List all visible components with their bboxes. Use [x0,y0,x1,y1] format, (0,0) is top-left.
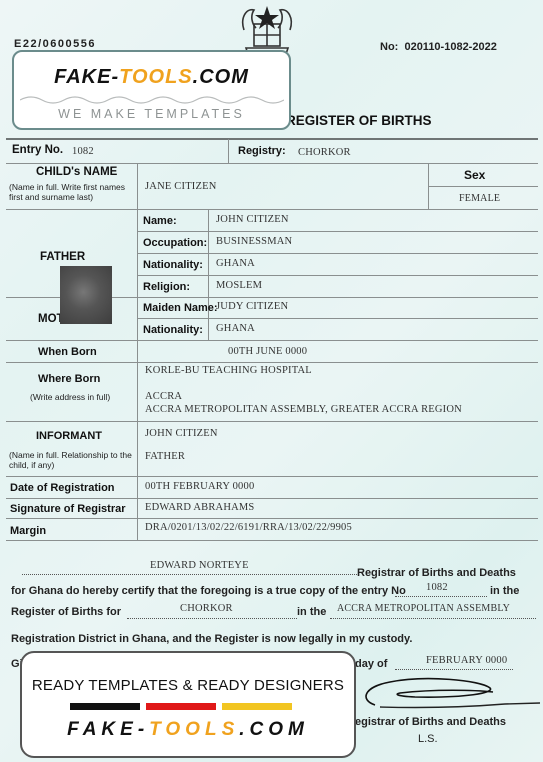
father-nationality-value: GHANA [216,258,255,269]
sex-label: Sex [464,168,485,182]
father-religion-label: Religion: [143,281,190,293]
cert-month-year: FEBRUARY 0000 [426,655,507,666]
father-label: FATHER [40,251,85,263]
cert-line4: Registration District in Ghana, and the … [11,633,412,645]
margin-value: DRA/0201/13/02/22/6191/RRA/13/02/22/9905 [145,522,352,533]
child-name-value: JANE CITIZEN [145,181,217,192]
cert-in-the-1: in the [490,585,519,597]
mother-maiden-value: JUDY CITIZEN [216,301,288,312]
father-occupation-value: BUSINESSMAN [216,236,292,247]
margin-label: Margin [10,525,46,537]
cert-entry-no: 1082 [426,582,448,593]
cert-line2: for Ghana do hereby certify that the for… [11,585,406,597]
child-name-label: CHILD's NAME [36,166,117,178]
wave-icon [20,94,284,106]
mother-nationality-label: Nationality: [143,324,203,336]
child-name-note: (Name in full. Write first names first a… [9,182,137,202]
informant-note: (Name in full. Relationship to the child… [9,450,137,470]
registry-label: Registry: [238,145,286,157]
date-registration-value: 00TH FEBRUARY 0000 [145,481,254,492]
entry-no-label: Entry No. [12,144,63,156]
cert-registry: CHORKOR [180,603,233,614]
watermark-top: FAKE-TOOLS.COM WE MAKE TEMPLATES [12,50,291,130]
father-nationality-label: Nationality: [143,259,203,271]
where-born-note: (Write address in full) [30,392,110,402]
informant-name-value: JOHN CITIZEN [145,428,218,439]
where-born-line1: KORLE-BU TEACHING HOSPITAL [145,365,312,376]
date-registration-label: Date of Registration [10,482,115,494]
where-born-label: Where Born [38,373,100,385]
registry-value: CHORKOR [298,147,351,158]
watermark-brand: FAKE-TOOLS.COM [14,66,289,89]
stamp-photo [60,266,112,324]
cert-in-the-2: in the [297,606,326,618]
when-born-value: 00TH JUNE 0000 [228,346,307,357]
cert-day-of: day of [355,658,387,670]
father-name-label: Name: [143,215,177,227]
mother-maiden-label: Maiden Name: [143,302,218,314]
watermark-brand-2: FAKE-TOOLS.COM [22,719,354,741]
entry-no-value: 1082 [72,146,94,157]
cert-line3: Register of Births for [11,606,121,618]
page-title: REGISTER OF BIRTHS [286,113,432,128]
signature-registrar-label: Signature of Registrar [10,503,126,515]
mother-nationality-value: GHANA [216,323,255,334]
informant-label: INFORMANT [36,430,102,442]
registrar-signature [355,672,540,712]
doc-no-value: 020110-1082-2022 [404,41,496,53]
watermark-tagline: WE MAKE TEMPLATES [14,107,289,121]
watermark-line1: READY TEMPLATES & READY DESIGNERS [22,677,354,694]
father-occupation-label: Occupation: [143,237,207,249]
cert-assembly: ACCRA METROPOLITAN ASSEMBLY [337,603,510,614]
doc-no-label: No: [380,41,398,53]
informant-relationship-value: FATHER [145,451,185,462]
color-bars [70,703,292,711]
bar-black [70,703,140,710]
bar-red [146,703,216,710]
cert-registrar-name: EDWARD NORTEYE [150,560,249,571]
cert-sign-title: egistrar of Births and Deaths [355,716,506,728]
watermark-bottom: READY TEMPLATES & READY DESIGNERS FAKE-T… [20,651,356,758]
where-born-line2: ACCRA [145,391,182,402]
father-name-value: JOHN CITIZEN [216,214,289,225]
document-number: No: 020110-1082-2022 [380,41,497,53]
bar-yellow [222,703,292,710]
signature-registrar-value: EDWARD ABRAHAMS [145,502,254,513]
serial-number: E22/0600556 [14,38,96,50]
cert-ls: L.S. [418,733,438,745]
cert-registrar-title: Registrar of Births and Deaths [357,567,516,579]
sex-value: FEMALE [459,193,500,204]
father-religion-value: MOSLEM [216,280,262,291]
where-born-line3: ACCRA METROPOLITAN ASSEMBLY, GREATER ACC… [145,404,462,415]
when-born-label: When Born [38,346,97,358]
